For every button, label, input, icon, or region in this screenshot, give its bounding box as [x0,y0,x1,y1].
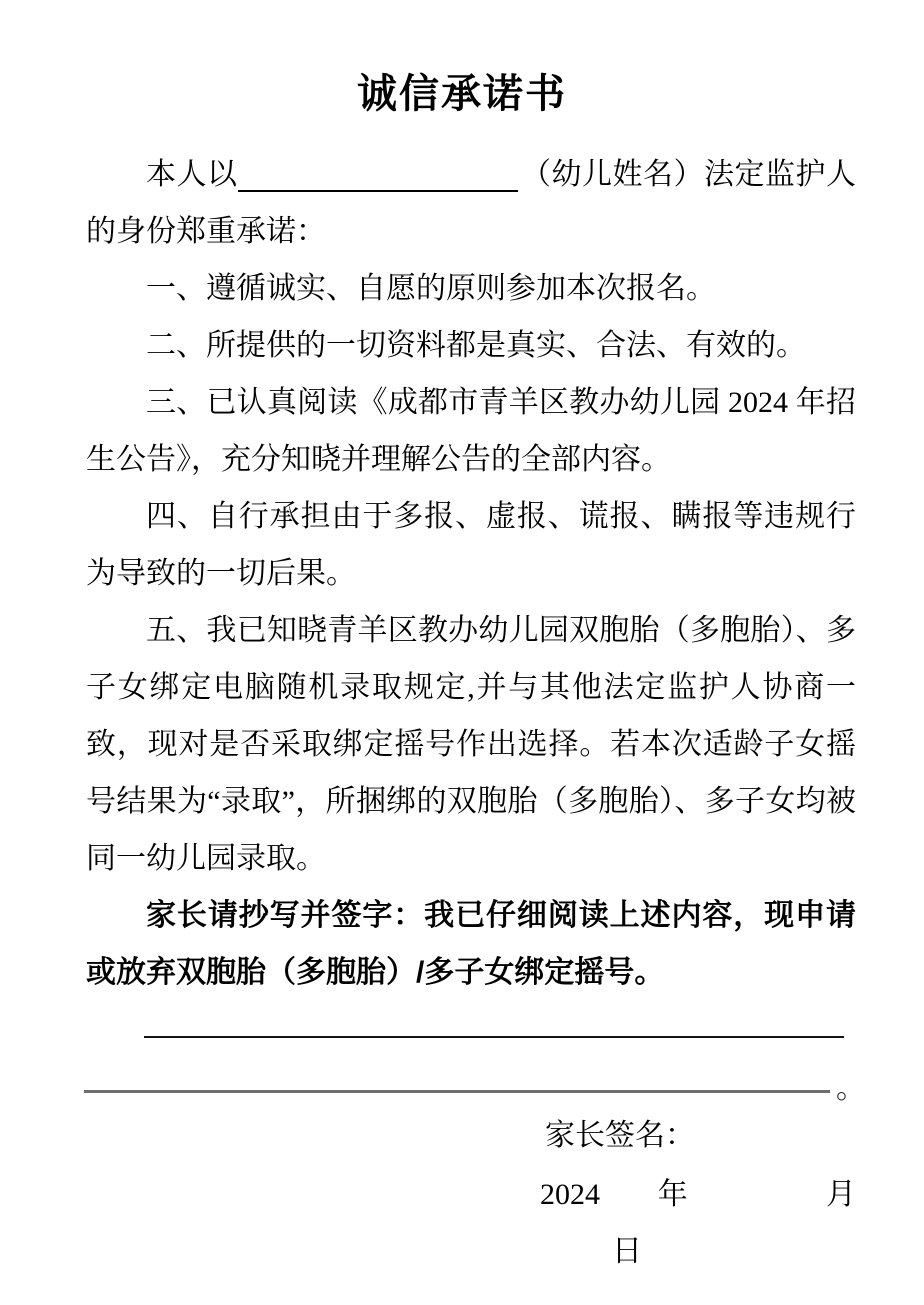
intro-prefix: 本人以 [146,158,238,191]
pledge-paragraph: 家长请抄写并签字：我已仔细阅读上述内容，现申请或放弃双胞胎（多胞胎）/多子女绑定… [86,887,856,1001]
date-day-label: 日 [612,1235,642,1268]
clause-3: 三、已认真阅读《成都市青羊区教办幼儿园 2024 年招生公告》，充分知晓并理解公… [86,374,856,488]
date-year-label: 2024 年 [540,1178,738,1211]
intro-paragraph: 本人以（幼儿姓名）法定监护人的身份郑重承诺： [86,146,856,260]
clause-4: 四、自行承担由于多报、虚报、谎报、瞒报等违规行为导致的一切后果。 [86,488,856,602]
date-line: 2024 年月日 [540,1166,856,1280]
document-title: 诚信承诺书 [0,70,924,118]
document-page: 诚信承诺书 本人以（幼儿姓名）法定监护人的身份郑重承诺： 一、遵循诚实、自愿的原… [0,0,924,1305]
parent-signature-label: 家长签名： [545,1107,856,1164]
copy-trailing-period: 。 [836,1074,866,1104]
copy-ruled-line-2: 。 [84,1038,830,1093]
clause-5: 五、我已知晓青羊区教办幼儿园双胞胎（多胞胎）、多子女绑定电脑随机录取规定,并与其… [86,602,856,887]
clause-1: 一、遵循诚实、自愿的原则参加本次报名。 [86,260,856,317]
document-body: 本人以（幼儿姓名）法定监护人的身份郑重承诺： 一、遵循诚实、自愿的原则参加本次报… [86,146,856,1280]
clause-2: 二、所提供的一切资料都是真实、合法、有效的。 [86,317,856,374]
child-name-blank-line [238,190,518,192]
date-month-label: 月 [826,1178,856,1211]
